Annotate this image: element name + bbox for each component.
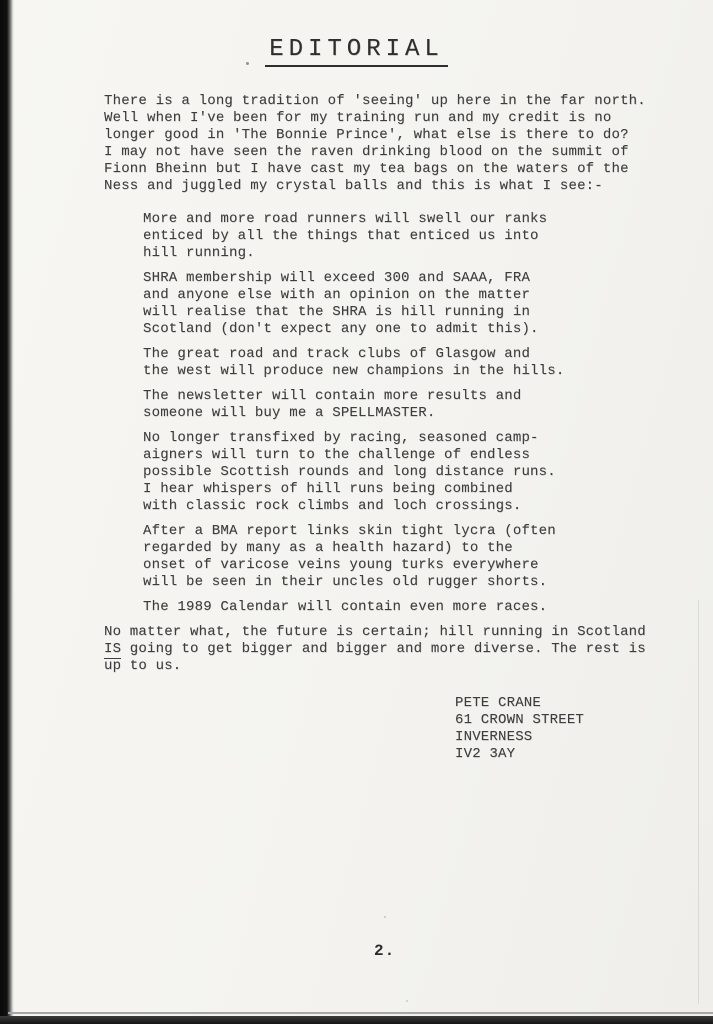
scan-speck bbox=[384, 916, 386, 918]
scan-edge-bottom-line bbox=[8, 1012, 713, 1014]
scanned-editorial-page: EDITORIAL There is a long tradition of '… bbox=[0, 0, 713, 1024]
signature-street: 61 CROWN STREET bbox=[455, 712, 669, 729]
scan-edge-right bbox=[698, 600, 699, 1004]
signature-postcode: IV2 3AY bbox=[455, 746, 669, 763]
signature-name: PETE CRANE bbox=[455, 695, 669, 712]
predictions-list: More and more road runners will swell ou… bbox=[143, 211, 669, 616]
closing-text-after: going to get bigger and bigger and more … bbox=[104, 641, 646, 674]
closing-emphasis: IS bbox=[104, 641, 121, 659]
page-title: EDITORIAL bbox=[265, 36, 448, 67]
scan-edge-left bbox=[0, 0, 14, 1024]
closing-text-before: No matter what, the future is certain; h… bbox=[104, 624, 646, 640]
prediction-item: The 1989 Calendar will contain even more… bbox=[143, 599, 669, 616]
prediction-item: SHRA membership will exceed 300 and SAAA… bbox=[143, 270, 669, 338]
prediction-item: After a BMA report links skin tight lycr… bbox=[143, 523, 669, 591]
signature-city: INVERNESS bbox=[455, 729, 669, 746]
intro-paragraph: There is a long tradition of 'seeing' up… bbox=[104, 93, 669, 195]
prediction-item: More and more road runners will swell ou… bbox=[143, 211, 669, 262]
title-area: EDITORIAL bbox=[0, 0, 713, 67]
scan-speck bbox=[246, 62, 249, 65]
document-body: There is a long tradition of 'seeing' up… bbox=[104, 93, 669, 763]
closing-paragraph: No matter what, the future is certain; h… bbox=[104, 624, 669, 675]
signature-block: PETE CRANE 61 CROWN STREET INVERNESS IV2… bbox=[455, 695, 669, 763]
prediction-item: The great road and track clubs of Glasgo… bbox=[143, 346, 669, 380]
scan-speck bbox=[406, 1000, 408, 1002]
prediction-item: No longer transfixed by racing, seasoned… bbox=[143, 430, 669, 515]
prediction-item: The newsletter will contain more results… bbox=[143, 388, 669, 422]
scan-edge-bottom bbox=[0, 1016, 713, 1024]
page-number: 2. bbox=[374, 942, 395, 960]
